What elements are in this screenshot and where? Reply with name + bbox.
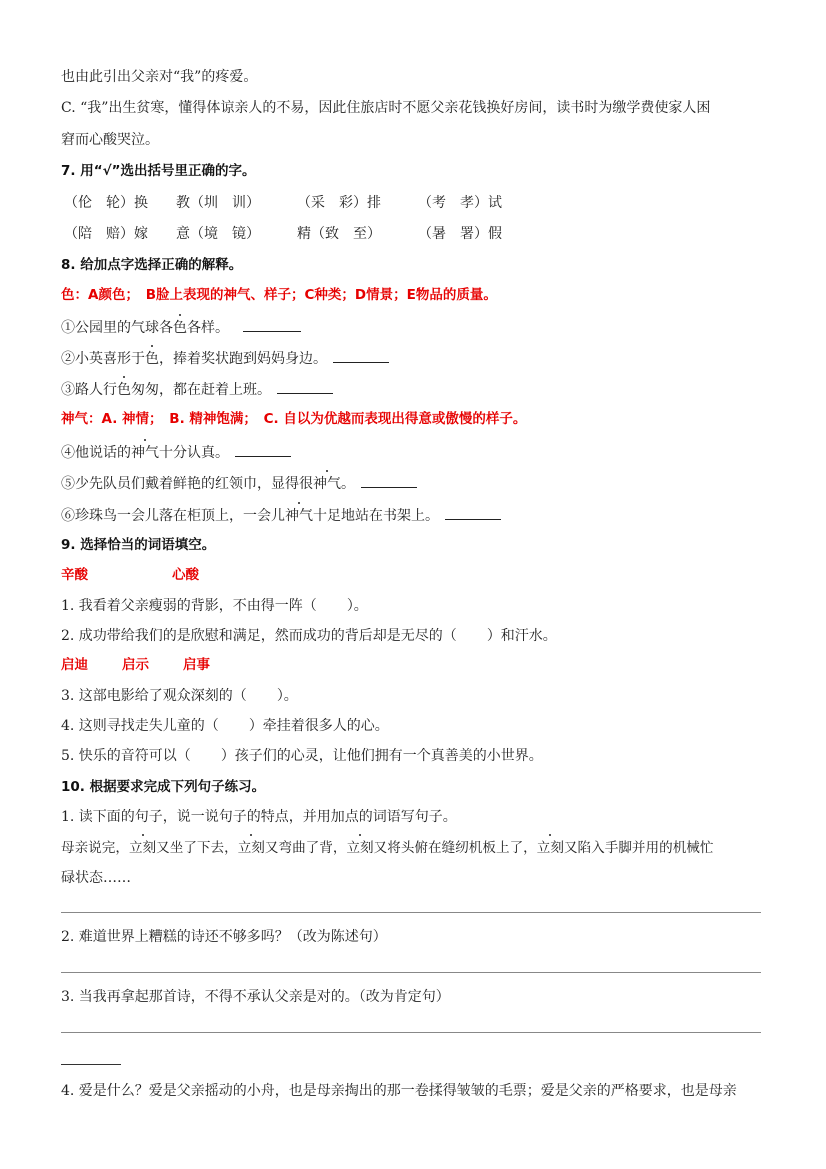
q9-item-2: 2. 成功带给我们的是欣慰和满足，然而成功的背后却是无尽的（）和汗水。 bbox=[61, 627, 557, 645]
item-text: ⑤少先队员们戴着鲜艳的红领巾，显得很 bbox=[61, 476, 313, 492]
answer-blank[interactable] bbox=[243, 317, 301, 332]
item-text: 5. 快乐的音符可以（ bbox=[61, 748, 191, 764]
answer-line[interactable] bbox=[61, 912, 761, 913]
q9-item-3: 3. 这部电影给了观众深刻的（）。 bbox=[61, 687, 298, 705]
answer-line[interactable] bbox=[61, 1032, 761, 1033]
item-text: ⑥珍珠鸟一会儿落在柜顶上，一会儿 bbox=[61, 508, 285, 524]
item-text: 各样。 bbox=[187, 320, 229, 336]
item-text: 1. 我看着父亲瘦弱的背影，不由得一阵（ bbox=[61, 598, 317, 614]
q7-choice[interactable]: （考 孝）试 bbox=[418, 192, 502, 212]
item-text: 又坐了下去， bbox=[156, 840, 238, 856]
dotted-word: 神气 bbox=[131, 444, 159, 462]
q8-item-4: ④他说话的神气十分认真。 bbox=[61, 442, 291, 462]
item-text: ）和汗水。 bbox=[487, 628, 557, 644]
dotted-char: 色 bbox=[117, 381, 131, 399]
item-text: ①公园里的气球各 bbox=[61, 320, 173, 336]
item-text: 十足地站在书架上。 bbox=[313, 508, 439, 524]
q6-option-c-continued: 窘而心酸哭泣。 bbox=[61, 131, 159, 149]
item-text: ）孩子们的心灵，让他们拥有一个真善美的小世界。 bbox=[221, 748, 543, 764]
q9-item-1: 1. 我看着父亲瘦弱的背影，不由得一阵（）。 bbox=[61, 597, 368, 615]
dotted-word: 立刻 bbox=[346, 839, 373, 857]
item-text: 匆匆，都在赶着上班。 bbox=[131, 382, 271, 398]
item-text: 十分认真。 bbox=[159, 445, 229, 461]
word-option: 启示 bbox=[122, 657, 149, 673]
q7-choice[interactable]: （暑 署）假 bbox=[418, 223, 502, 243]
q10-item-1-sentence-continued: 碌状态…… bbox=[61, 869, 131, 887]
answer-blank[interactable] bbox=[361, 473, 417, 488]
q9-item-4: 4. 这则寻找走失儿童的（）牵挂着很多人的心。 bbox=[61, 717, 389, 735]
item-text: 2. 成功带给我们的是欣慰和满足，然而成功的背后却是无尽的（ bbox=[61, 628, 457, 644]
q8-item-5: ⑤少先队员们戴着鲜艳的红领巾，显得很神气。 bbox=[61, 473, 417, 493]
item-text: ）牵挂着很多人的心。 bbox=[249, 718, 389, 734]
q8-title: 8. 给加点字选择正确的解释。 bbox=[61, 256, 242, 274]
q9-item-5: 5. 快乐的音符可以（）孩子们的心灵，让他们拥有一个真善美的小世界。 bbox=[61, 747, 543, 765]
item-text: ）。 bbox=[347, 598, 368, 614]
q8-item-2: ②小英喜形于色，捧着奖状跑到妈妈身边。 bbox=[61, 348, 389, 368]
item-text: 。 bbox=[341, 476, 355, 492]
dotted-char: 色 bbox=[173, 319, 187, 337]
answer-blank[interactable] bbox=[235, 442, 291, 457]
word-option: 启事 bbox=[183, 657, 210, 673]
item-text: 3. 这部电影给了观众深刻的（ bbox=[61, 688, 247, 704]
item-text: ，捧着奖状跑到妈妈身边。 bbox=[159, 351, 327, 367]
item-text: 又弯曲了背， bbox=[265, 840, 347, 856]
q7-title: 7. 用“√”选出括号里正确的字。 bbox=[61, 162, 255, 180]
word-option: 辛酸 bbox=[61, 567, 88, 583]
dotted-char: 色 bbox=[145, 350, 159, 368]
word-option: 启迪 bbox=[61, 657, 88, 673]
item-text: 又陷入手脚并用的机械忙 bbox=[564, 840, 714, 856]
dotted-word: 立刻 bbox=[238, 839, 265, 857]
answer-blank[interactable] bbox=[333, 348, 389, 363]
dotted-word: 神气 bbox=[313, 475, 341, 493]
q10-item-1-sentence: 母亲说完，立刻又坐了下去，立刻又弯曲了背，立刻又将头俯在缝纫机板上了，立刻又陷入… bbox=[61, 839, 714, 857]
word-option: 心酸 bbox=[172, 567, 199, 583]
answer-blank[interactable] bbox=[277, 379, 333, 394]
q7-choice[interactable]: 教（圳 训） bbox=[176, 192, 260, 212]
q9-title: 9. 选择恰当的词语填空。 bbox=[61, 536, 215, 554]
word-bank-2: 启迪启示启事 bbox=[61, 656, 210, 674]
q7-choice[interactable]: （伦 轮）换 bbox=[64, 192, 148, 212]
q7-choice[interactable]: （陪 赔）嫁 bbox=[64, 223, 148, 243]
item-text: 母亲说完， bbox=[61, 840, 129, 856]
q10-item-3: 3. 当我再拿起那首诗，不得不承认父亲是对的。（改为肯定句） bbox=[61, 988, 450, 1006]
q8-item-6: ⑥珍珠鸟一会儿落在柜顶上，一会儿神气十足地站在书架上。 bbox=[61, 505, 501, 525]
q8-item-3: ③路人行色匆匆，都在赶着上班。 bbox=[61, 379, 333, 399]
item-text: ）。 bbox=[277, 688, 298, 704]
item-text: ③路人行 bbox=[61, 382, 117, 398]
answer-blank[interactable] bbox=[445, 505, 501, 520]
shenqi-definitions: 神气：A. 神情； B. 精神饱满； C. 自以为优越而表现出得意或傲慢的样子。 bbox=[61, 410, 526, 428]
q6-text-line: 也由此引出父亲对“我”的疼爱。 bbox=[61, 68, 257, 86]
q10-item-4: 4. 爱是什么？爱是父亲摇动的小舟，也是母亲掏出的那一卷揉得皱皱的毛票；爱是父亲… bbox=[61, 1082, 737, 1100]
q6-option-c: C. “我”出生贫寒，懂得体谅亲人的不易，因此住旅店时不愿父亲花钱换好房间，读书… bbox=[61, 99, 710, 117]
q10-item-1-prompt: 1. 读下面的句子，说一说句子的特点，并用加点的词语写句子。 bbox=[61, 808, 457, 826]
dotted-word: 立刻 bbox=[537, 839, 564, 857]
footnote-divider bbox=[61, 1064, 121, 1065]
q7-choice[interactable]: 意（境 镜） bbox=[176, 223, 260, 243]
answer-line[interactable] bbox=[61, 972, 761, 973]
dotted-word: 神气 bbox=[285, 507, 313, 525]
q8-item-1: ①公园里的气球各色各样。 bbox=[61, 317, 301, 337]
item-text: 又将头俯在缝纫机板上了， bbox=[374, 840, 537, 856]
item-text: 4. 这则寻找走失儿童的（ bbox=[61, 718, 219, 734]
q10-title: 10. 根据要求完成下列句子练习。 bbox=[61, 778, 265, 796]
q7-choice[interactable]: （采 彩）排 bbox=[297, 192, 381, 212]
q10-item-2: 2. 难道世界上糟糕的诗还不够多吗？（改为陈述句） bbox=[61, 928, 387, 946]
dotted-word: 立刻 bbox=[129, 839, 156, 857]
word-bank-1: 辛酸心酸 bbox=[61, 566, 199, 584]
item-text: ②小英喜形于 bbox=[61, 351, 145, 367]
se-definitions: 色：A颜色； B脸上表现的神气、样子；C种类；D情景；E物品的质量。 bbox=[61, 286, 497, 304]
q7-choice[interactable]: 精（致 至） bbox=[297, 223, 381, 243]
item-text: ④他说话的 bbox=[61, 445, 131, 461]
